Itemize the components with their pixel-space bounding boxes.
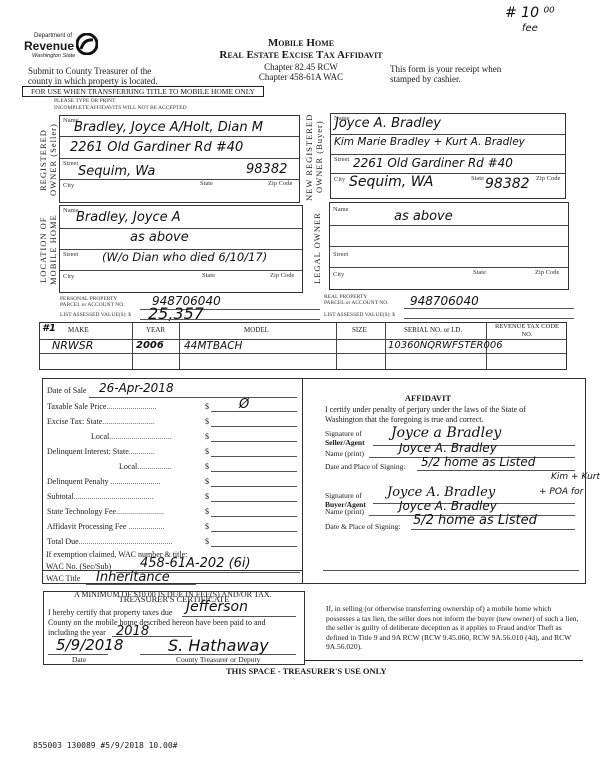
- receipt-note: This form is your receipt when stamped b…: [390, 64, 501, 84]
- header-tax-code: REVENUE TAX CODE NO.: [492, 323, 562, 338]
- city-label: City: [63, 182, 74, 189]
- incomplete-warning: INCOMPLETE AFFIDAVITS WILL NOT BE ACCEPT…: [54, 105, 187, 111]
- state-label: State: [473, 269, 486, 276]
- fee-label: fee: [505, 21, 555, 36]
- zip-label: Zip Code: [268, 180, 292, 187]
- row-marker: #1: [42, 323, 56, 334]
- location-section: Name Bradley, Joyce A as above Street (W…: [59, 205, 303, 293]
- type-or-print: PLEASE TYPE OR PRINT: [54, 98, 115, 104]
- cashier-receipt-stamp: 855003 130089 #5/9/2018 10.00#: [33, 741, 178, 750]
- affidavit-certify-text: I certify under penalty of perjury under…: [325, 405, 550, 425]
- buyer-signature-field[interactable]: Joyce A. Bradley: [387, 485, 495, 500]
- affidavit-section: AFFIDAVIT I certify under penalty of per…: [302, 378, 586, 584]
- legal-owner-label: LEGAL OWNER: [312, 202, 330, 294]
- mobile-home-table: #1 MAKE YEAR MODEL SIZE SERIAL NO. or I.…: [39, 322, 567, 370]
- seller-city-field[interactable]: Sequim, Wa: [78, 164, 155, 179]
- treasurer-line-2: County on the mobile home described here…: [48, 618, 266, 627]
- title-line-2: Real Estate Excise Tax Affidavit: [196, 49, 406, 61]
- state-label: State: [202, 272, 215, 279]
- personal-assessed-field[interactable]: 25,357: [148, 304, 204, 323]
- treasurer-line-1: I hereby certify that property taxes due: [48, 608, 172, 617]
- seller-zip-field[interactable]: 98382: [246, 162, 287, 177]
- new-owner-section: Name Joyce A. Bradley Kim Marie Bradley …: [330, 113, 566, 199]
- zip-label: Zip Code: [536, 175, 560, 182]
- dor-emblem-icon: [76, 33, 98, 55]
- street-label: Street: [334, 156, 349, 163]
- seller-street-field[interactable]: 2261 Old Gardiner Rd #40: [70, 140, 243, 155]
- model-cell[interactable]: 44MTBACH: [184, 340, 242, 352]
- county-field[interactable]: Jefferson: [186, 599, 248, 615]
- seller-name-field[interactable]: Bradley, Joyce A/Holt, Dian M: [74, 120, 263, 135]
- buyer-name-field[interactable]: Joyce A. Bradley: [335, 116, 441, 131]
- buyer-date-label: Date & Place of Signing:: [325, 522, 400, 531]
- assessed-label: LIST ASSESSED VALUE(S): $: [324, 312, 395, 318]
- legal-owner-name-field[interactable]: as above: [394, 209, 453, 224]
- logo-state: Washington State: [32, 53, 75, 59]
- location-name-field[interactable]: Bradley, Joyce A: [76, 210, 181, 225]
- zip-label: Zip Code: [270, 272, 294, 279]
- name-label: Name: [333, 206, 349, 213]
- street-label: Street: [333, 251, 348, 258]
- buyer-date-place-field[interactable]: 5/2 home as Listed: [413, 513, 537, 528]
- state-label: State: [471, 175, 484, 182]
- treasurer-signature-label: County Treasurer or Deputy: [176, 655, 260, 664]
- submit-line-2: county in which property is located.: [28, 76, 157, 86]
- legal-owner-section: Name as above Street City State Zip Code: [329, 202, 569, 290]
- make-cell[interactable]: NRWSR: [52, 339, 93, 352]
- logo-revenue: Revenue: [24, 39, 74, 53]
- treasurer-use-only-label: THIS SPACE - TREASURER'S USE ONLY: [226, 666, 387, 676]
- seller-date-place-field[interactable]: 5/2 home as Listed: [421, 455, 535, 469]
- year-cell[interactable]: 2006: [136, 340, 164, 351]
- submit-line-1: Submit to County Treasurer of the: [28, 66, 157, 76]
- seller-date-label: Date and Place of Signing:: [325, 462, 405, 471]
- seller-signature-field[interactable]: Joyce a Bradley: [391, 425, 501, 441]
- banner-text: FOR USE WHEN TRANSFERRING TITLE TO MOBIL…: [23, 87, 263, 96]
- receipt-line-1: This form is your receipt when: [390, 64, 501, 74]
- dor-logo: Department of Revenue Washington State: [22, 33, 102, 63]
- treasurer-certificate: TREASURER'S CERTIFICATE I hereby certify…: [43, 591, 305, 665]
- assessed-label: LIST ASSESSED VALUE(S): $: [60, 312, 131, 318]
- header-serial: SERIAL NO. or I.D.: [404, 326, 462, 334]
- treasurer-signature-field[interactable]: S. Hathaway: [168, 636, 269, 655]
- seller-name-label: Name (print): [325, 449, 364, 458]
- date-label: Date: [72, 655, 86, 664]
- title-transfer-banner: FOR USE WHEN TRANSFERRING TITLE TO MOBIL…: [22, 86, 264, 97]
- city-label: City: [63, 273, 74, 280]
- form-title: Mobile Home Real Estate Excise Tax Affid…: [196, 37, 406, 82]
- sig-label-1: Signature of: [325, 429, 365, 438]
- fee-amount: # 10 ⁰⁰: [505, 6, 555, 21]
- sale-box-lower: [42, 378, 303, 584]
- buyer-print-name-field[interactable]: Joyce A. Bradley: [399, 499, 497, 513]
- receipt-line-2: stamped by cashier.: [390, 74, 501, 84]
- street-label: Street: [63, 251, 78, 258]
- treasurer-date-field[interactable]: 5/9/2018: [56, 636, 123, 654]
- sig-label-2: Seller/Agent: [325, 438, 365, 447]
- buyer-name-label: Name (print): [325, 507, 364, 516]
- chapter-wac: Chapter 458-61A WAC: [196, 72, 406, 82]
- location-line2-field[interactable]: as above: [130, 230, 189, 245]
- header-make: MAKE: [68, 326, 89, 334]
- treasurer-certificate-title: TREASURER'S CERTIFICATE: [44, 594, 304, 604]
- real-property: REAL PROPERTY PARCEL or ACCOUNT NO. 9487…: [324, 294, 584, 324]
- affidavit-title: AFFIDAVIT: [303, 393, 553, 403]
- city-label: City: [333, 271, 344, 278]
- header-size: SIZE: [352, 326, 367, 334]
- serial-cell[interactable]: 10360NQRWFSTER006: [388, 340, 503, 351]
- street-label: Street: [63, 160, 78, 167]
- real-parcel-field[interactable]: 948706040: [410, 294, 479, 308]
- city-label: City: [334, 176, 345, 183]
- location-street-field[interactable]: (W/o Dian who died 6/10/17): [102, 250, 267, 264]
- state-label: State: [200, 180, 213, 187]
- buyer-note: Kim + Kurt: [551, 472, 600, 482]
- header-model: MODEL: [244, 326, 269, 334]
- chapter-rcw: Chapter 82.45 RCW: [196, 62, 406, 72]
- buyer-name-field-2[interactable]: Kim Marie Bradley + Kurt A. Bradley: [334, 136, 525, 148]
- buyer-street-field[interactable]: 2261 Old Gardiner Rd #40: [353, 156, 513, 170]
- new-owner-label: NEW REGISTERED OWNER (Buyer): [304, 112, 332, 202]
- zip-label: Zip Code: [535, 269, 559, 276]
- buyer-city-field[interactable]: Sequim, WA: [349, 174, 433, 190]
- seller-print-name-field[interactable]: Joyce A. Bradley: [399, 441, 497, 455]
- registered-owner-section: Name Bradley, Joyce A/Holt, Dian M 2261 …: [59, 115, 300, 203]
- header-year: YEAR: [146, 326, 165, 334]
- lien-notice: If, in selling (or otherwise transferrin…: [326, 604, 580, 652]
- buyer-signature-note: + POA for: [539, 487, 583, 497]
- submit-instruction: Submit to County Treasurer of the county…: [28, 66, 157, 86]
- seller-signature-label: Signature of Seller/Agent: [325, 429, 365, 447]
- sig-label-1: Signature of: [325, 491, 366, 500]
- buyer-zip-field[interactable]: 98382: [485, 176, 530, 192]
- handwritten-fee: # 10 ⁰⁰ fee: [505, 6, 555, 36]
- title-line-1: Mobile Home: [196, 37, 406, 49]
